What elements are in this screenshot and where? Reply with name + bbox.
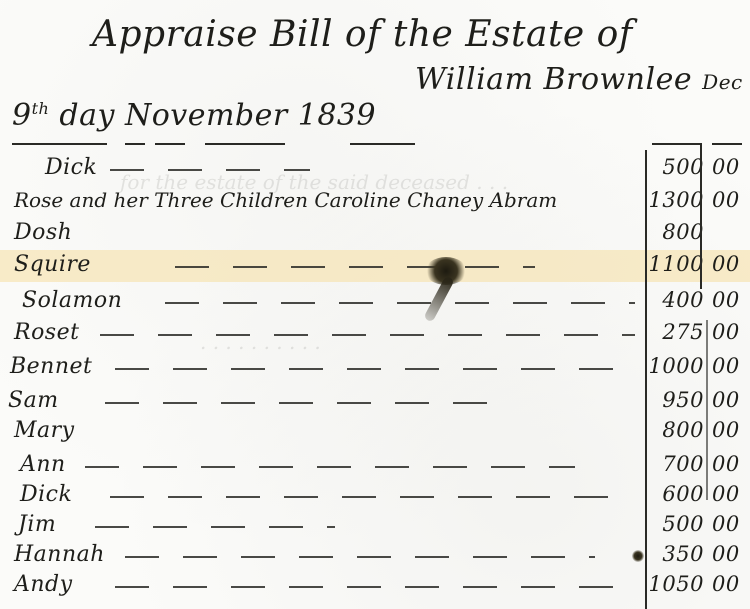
- entry-dollars: 950: [646, 388, 704, 412]
- ledger-row: Dick 500 00: [0, 153, 750, 183]
- entry-dollars: 600: [646, 482, 704, 506]
- entry-dollars: 1300: [646, 188, 704, 212]
- cents-column-rule-lower: [706, 320, 708, 500]
- header-rule: [205, 143, 285, 145]
- ledger-row: Jim 500 00: [0, 510, 750, 540]
- entry-dollars: 500: [646, 155, 704, 179]
- deceased-abbrev: Dec: [702, 70, 743, 94]
- entry-name: Dosh: [14, 220, 72, 245]
- entry-name: Ann: [20, 452, 66, 477]
- dash-leader: [95, 526, 335, 528]
- entry-name: Dick: [45, 155, 97, 180]
- entry-cents: 00: [712, 252, 746, 276]
- decedent-name: William Brownlee Dec: [415, 62, 743, 97]
- entry-name: Hannah: [14, 542, 105, 567]
- entry-name: Mary: [14, 418, 75, 443]
- entry-dollars: 500: [646, 512, 704, 536]
- dash-leader: [125, 556, 595, 558]
- ledger-row: Bennet 1000 00: [0, 352, 750, 382]
- entry-name: Roset: [14, 320, 79, 345]
- entry-cents: 00: [712, 188, 746, 212]
- ink-spot: [632, 550, 644, 562]
- header-rule: [350, 143, 415, 145]
- entry-dollars: 700: [646, 452, 704, 476]
- ledger-row: Ann 700 00: [0, 450, 750, 480]
- entry-cents: 00: [712, 542, 746, 566]
- entry-cents: 00: [712, 452, 746, 476]
- document-title: Appraise Bill of the Estate of: [92, 14, 633, 55]
- header-rule: [12, 143, 107, 145]
- dollars-column-rule: [645, 150, 647, 609]
- entry-dollars: 275: [646, 320, 704, 344]
- entry-cents: 00: [712, 388, 746, 412]
- entry-dollars: 350: [646, 542, 704, 566]
- entry-cents: 00: [712, 320, 746, 344]
- entry-dollars: 1000: [646, 354, 704, 378]
- ledger-row: Sam 950 00: [0, 386, 750, 416]
- dash-leader: [110, 169, 310, 171]
- entry-cents: 00: [712, 512, 746, 536]
- ledger-row: Dosh 800: [0, 218, 750, 248]
- entry-dollars: 800: [646, 418, 704, 442]
- dash-leader: [115, 586, 635, 588]
- document-page: for the estate of the said deceased . . …: [0, 0, 750, 609]
- entry-name: Sam: [8, 388, 59, 413]
- header-rule: [155, 143, 185, 145]
- entry-cents: 00: [712, 572, 746, 596]
- ledger-row: Andy 1050 00: [0, 570, 750, 600]
- entry-dollars: 400: [646, 288, 704, 312]
- ledger-row: Rose and her Three Children Caroline Cha…: [0, 186, 750, 216]
- dash-leader: [175, 266, 535, 268]
- header-rule: [125, 143, 145, 145]
- entry-name: Squire: [14, 252, 91, 277]
- entry-cents: 00: [712, 155, 746, 179]
- entry-dollars: 1100: [646, 252, 704, 276]
- dash-leader: [85, 466, 575, 468]
- dash-leader: [115, 368, 635, 370]
- entry-cents: 00: [712, 482, 746, 506]
- entry-name: Jim: [18, 512, 56, 537]
- cents-column-rule-upper: [700, 143, 702, 289]
- document-date: 9th day November 1839: [12, 98, 376, 133]
- date-day: 9: [12, 98, 32, 133]
- ledger-row: Roset 275 00: [0, 318, 750, 348]
- dash-leader: [165, 302, 635, 304]
- entry-cents: 00: [712, 288, 746, 312]
- dash-leader: [100, 334, 635, 336]
- ledger-row: Mary 800 00: [0, 416, 750, 446]
- entry-dollars: 800: [646, 220, 704, 244]
- entry-cents: 00: [712, 418, 746, 442]
- entry-name: Rose and her Three Children Caroline Cha…: [14, 188, 557, 212]
- date-day-suffix: th: [32, 99, 50, 118]
- date-rest: day November 1839: [59, 98, 376, 133]
- entry-dollars: 1050: [646, 572, 704, 596]
- ledger-row: Dick 600 00: [0, 480, 750, 510]
- ledger-row: Solamon 400 00: [0, 286, 750, 316]
- dash-leader: [110, 496, 620, 498]
- entry-cents: 00: [712, 354, 746, 378]
- entry-name: Solamon: [22, 288, 122, 313]
- entry-name: Bennet: [10, 354, 92, 379]
- ledger-row-highlighted: Squire 1100 00: [0, 250, 750, 282]
- entry-name: Andy: [14, 572, 73, 597]
- header-rule: [652, 143, 702, 145]
- entry-name: Dick: [20, 482, 72, 507]
- header-rule: [712, 143, 742, 145]
- dash-leader: [105, 402, 505, 404]
- decedent-name-text: William Brownlee: [415, 62, 692, 97]
